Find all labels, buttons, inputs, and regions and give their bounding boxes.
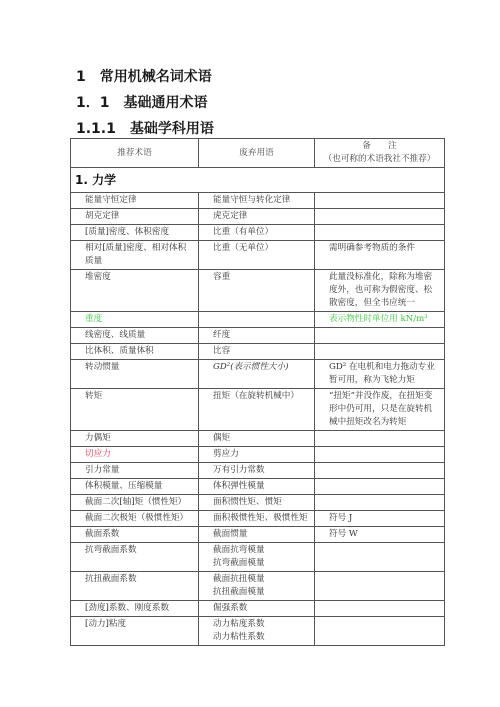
recommended-term: 力偶矩 — [71, 431, 199, 447]
recommended-term: 重度 — [71, 312, 199, 328]
heading-title: 基础通用术语 — [123, 95, 207, 111]
deprecated-term: 扭矩（在旋转机械中） — [199, 389, 315, 431]
note — [315, 479, 445, 495]
note — [315, 543, 445, 572]
table-row: 转矩扭矩（在旋转机械中）“扭矩”并没作废，在扭矩变形中仍可用，只是在旋转机械中扭… — [71, 389, 445, 431]
deprecated-term-line: 容重 — [213, 271, 310, 284]
table-row: 能量守恒定律能量守恒与转化定律 — [71, 193, 445, 209]
note — [315, 193, 445, 209]
recommended-term: 转矩 — [71, 389, 199, 431]
heading-number: 1．1 — [76, 92, 109, 112]
table-row: 胡克定律虎克定律 — [71, 209, 445, 225]
heading-number: 1.1.1 — [76, 121, 116, 137]
header-deprecated: 废弃用语 — [199, 139, 315, 168]
note: 符号 W — [315, 527, 445, 543]
note: GD² 在电机和电力拖动专业暂可用，称为飞轮力矩 — [315, 360, 445, 389]
section-row: 1. 力学 — [71, 168, 445, 193]
deprecated-term: 比重（有单位） — [199, 225, 315, 241]
note — [315, 601, 445, 617]
table-row: 引力常量万有引力常数 — [71, 463, 445, 479]
header-recommended: 推荐术语 — [71, 139, 199, 168]
table-row: [质量]密度、体积密度比重（有单位） — [71, 225, 445, 241]
recommended-term: 截面二次[轴]矩（惯性矩） — [71, 495, 199, 511]
deprecated-term: 倔强系数 — [199, 601, 315, 617]
recommended-term: 抗扭截面系数 — [71, 572, 199, 601]
table-row: 抗扭截面系数截面抗扭模量抗扭截面模量 — [71, 572, 445, 601]
recommended-term: 抗弯截面系数 — [71, 543, 199, 572]
note — [315, 463, 445, 479]
recommended-term: 截面二次极矩（极惯性矩） — [71, 511, 199, 527]
deprecated-term-line: 截面抗扭模量 — [213, 573, 310, 586]
heading-level-3: 1.1.1基础学科用语 — [76, 118, 214, 138]
heading-level-1: 1常用机械名词术语 — [76, 66, 212, 86]
recommended-term: 比体积、质量体积 — [71, 344, 199, 360]
deprecated-term-line: 剪应力 — [213, 448, 310, 461]
recommended-term: 能量守恒定律 — [71, 193, 199, 209]
deprecated-term-line: 动力粘度系数 — [213, 618, 310, 631]
deprecated-term: 截面抗弯模量抗弯截面模量 — [199, 543, 315, 572]
table-row: 体积模量、压缩模量体积弹性模量 — [71, 479, 445, 495]
deprecated-term-line: 能量守恒与转化定律 — [213, 194, 310, 207]
note: 此量没标准化，除称为堆密度外，也可称为假密度、松散密度，但全书应统一 — [315, 270, 445, 312]
deprecated-term-line: 扭矩（在旋转机械中） — [213, 390, 310, 403]
header-notes: 备 注 （也可称的术语我社不推荐） — [315, 139, 445, 168]
recommended-term: [质量]密度、体积密度 — [71, 225, 199, 241]
table-row: 相对[质量]密度、相对体积质量比重（无单位）需明确参考物质的条件 — [71, 241, 445, 270]
recommended-term: 引力常量 — [71, 463, 199, 479]
deprecated-term-line: 动力粘性系数 — [213, 631, 310, 644]
header-notes-title: 备 注 — [319, 140, 440, 153]
deprecated-term: 偶矩 — [199, 431, 315, 447]
note — [315, 431, 445, 447]
deprecated-term-line: 比容 — [213, 345, 310, 358]
deprecated-term: 截面抗扭模量抗扭截面模量 — [199, 572, 315, 601]
note — [315, 447, 445, 463]
table-row: 抗弯截面系数截面抗弯模量抗弯截面模量 — [71, 543, 445, 572]
deprecated-term: 纤度 — [199, 328, 315, 344]
terminology-table: 推荐术语 废弃用语 备 注 （也可称的术语我社不推荐） 1. 力学 能量守恒定律… — [70, 138, 445, 646]
table-header-row: 推荐术语 废弃用语 备 注 （也可称的术语我社不推荐） — [71, 139, 445, 168]
recommended-term: 体积模量、压缩模量 — [71, 479, 199, 495]
heading-title: 基础学科用语 — [130, 121, 214, 137]
table-row: 转动惯量GD²(表示惯性大小)GD² 在电机和电力拖动专业暂可用，称为飞轮力矩 — [71, 360, 445, 389]
table-row: 比体积、质量体积比容 — [71, 344, 445, 360]
recommended-term: 转动惯量 — [71, 360, 199, 389]
deprecated-term: 截面惯量 — [199, 527, 315, 543]
recommended-term: [劲度]系数、刚度系数 — [71, 601, 199, 617]
deprecated-term: 比容 — [199, 344, 315, 360]
note — [315, 209, 445, 225]
note — [315, 617, 445, 646]
heading-number: 1 — [76, 69, 86, 85]
note — [315, 495, 445, 511]
note: 符号 J — [315, 511, 445, 527]
table-row: 截面二次极矩（极惯性矩）面积极惯性矩、极惯性矩符号 J — [71, 511, 445, 527]
deprecated-term-line: GD²(表示惯性大小) — [213, 361, 310, 374]
deprecated-term-line: 抗扭截面模量 — [213, 586, 310, 599]
deprecated-term: 能量守恒与转化定律 — [199, 193, 315, 209]
deprecated-term-line: 纤度 — [213, 329, 310, 342]
note — [315, 572, 445, 601]
deprecated-term: 比重（无单位） — [199, 241, 315, 270]
note: 需明确参考物质的条件 — [315, 241, 445, 270]
table-row: 切应力剪应力 — [71, 447, 445, 463]
header-notes-subtitle: （也可称的术语我社不推荐） — [319, 153, 440, 166]
deprecated-term-line: 比重（无单位） — [213, 242, 310, 255]
deprecated-term-line: 截面抗弯模量 — [213, 544, 310, 557]
deprecated-term: 容重 — [199, 270, 315, 312]
deprecated-term: 动力粘度系数动力粘性系数 — [199, 617, 315, 646]
deprecated-term-line: 体积弹性模量 — [213, 480, 310, 493]
deprecated-term-line: 面积惯性矩、惯矩 — [213, 496, 310, 509]
deprecated-term-line: 面积极惯性矩、极惯性矩 — [213, 512, 310, 525]
table-row: 线密度、线质量纤度 — [71, 328, 445, 344]
heading-title: 常用机械名词术语 — [100, 69, 212, 85]
deprecated-term — [199, 312, 315, 328]
recommended-term: 相对[质量]密度、相对体积质量 — [71, 241, 199, 270]
note — [315, 328, 445, 344]
note — [315, 225, 445, 241]
heading-level-2: 1．1基础通用术语 — [76, 92, 207, 112]
table-row: 堆密度容重此量没标准化，除称为堆密度外，也可称为假密度、松散密度，但全书应统一 — [71, 270, 445, 312]
deprecated-term-line: 虎克定律 — [213, 210, 310, 223]
deprecated-term: 体积弹性模量 — [199, 479, 315, 495]
recommended-term: 胡克定律 — [71, 209, 199, 225]
recommended-term: [动力]粘度 — [71, 617, 199, 646]
deprecated-term-line: 倔强系数 — [213, 602, 310, 615]
deprecated-term: 剪应力 — [199, 447, 315, 463]
deprecated-term: 虎克定律 — [199, 209, 315, 225]
recommended-term: 切应力 — [71, 447, 199, 463]
recommended-term: 堆密度 — [71, 270, 199, 312]
deprecated-term: 面积惯性矩、惯矩 — [199, 495, 315, 511]
table-row: 截面系数截面惯量符号 W — [71, 527, 445, 543]
deprecated-term-line: 比重（有单位） — [213, 226, 310, 239]
deprecated-term-line: 偶矩 — [213, 432, 310, 445]
table-row: 截面二次[轴]矩（惯性矩）面积惯性矩、惯矩 — [71, 495, 445, 511]
section-title: 1. 力学 — [71, 168, 445, 193]
note — [315, 344, 445, 360]
table-row: [动力]粘度动力粘度系数动力粘性系数 — [71, 617, 445, 646]
deprecated-term-line: 截面惯量 — [213, 528, 310, 541]
deprecated-term: GD²(表示惯性大小) — [199, 360, 315, 389]
deprecated-term: 万有引力常数 — [199, 463, 315, 479]
note: 表示物性时单位用 kN/m³ — [315, 312, 445, 328]
deprecated-term-line: 万有引力常数 — [213, 464, 310, 477]
table-row: 力偶矩偶矩 — [71, 431, 445, 447]
deprecated-term-line: 抗弯截面模量 — [213, 557, 310, 570]
recommended-term: 截面系数 — [71, 527, 199, 543]
note: “扭矩”并没作废，在扭矩变形中仍可用，只是在旋转机械中扭矩改名为转矩 — [315, 389, 445, 431]
table-row: [劲度]系数、刚度系数倔强系数 — [71, 601, 445, 617]
recommended-term: 线密度、线质量 — [71, 328, 199, 344]
deprecated-term: 面积极惯性矩、极惯性矩 — [199, 511, 315, 527]
table-row: 重度表示物性时单位用 kN/m³ — [71, 312, 445, 328]
